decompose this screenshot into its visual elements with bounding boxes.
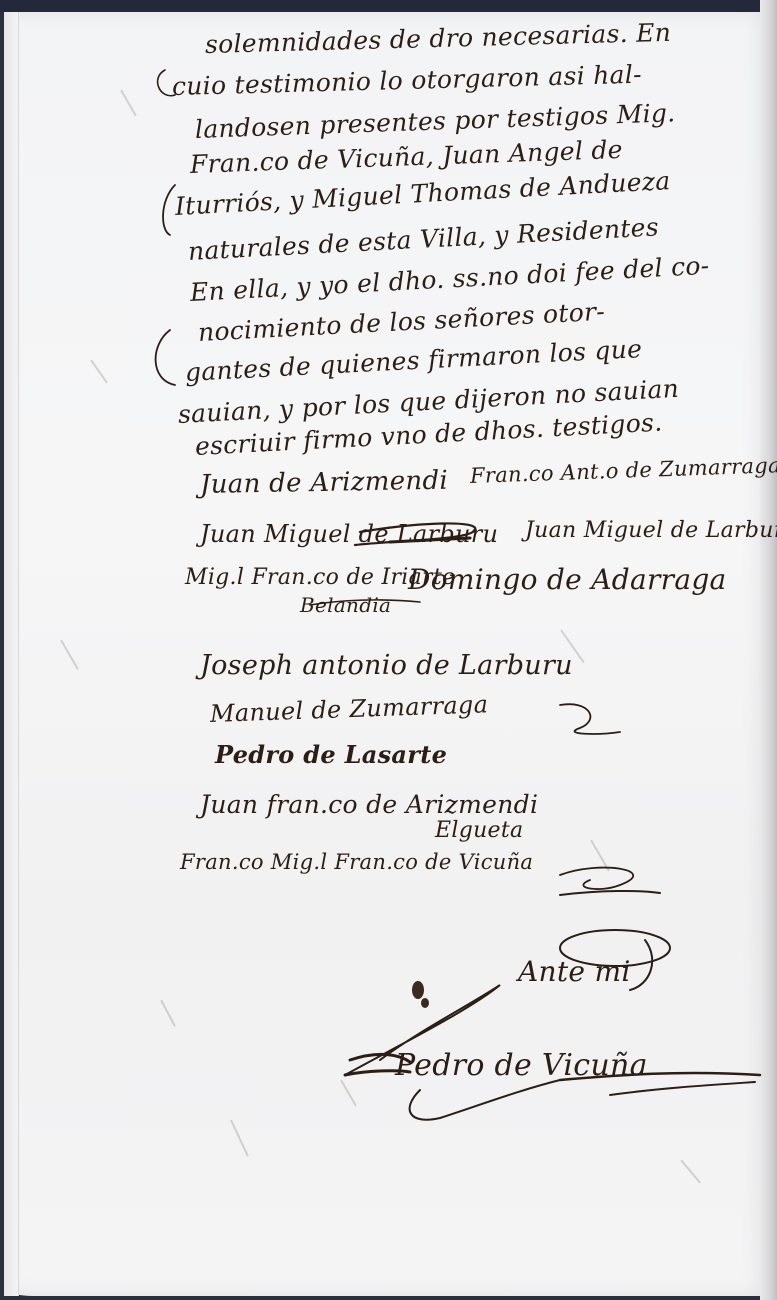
rubric-flourishes xyxy=(0,0,777,1300)
